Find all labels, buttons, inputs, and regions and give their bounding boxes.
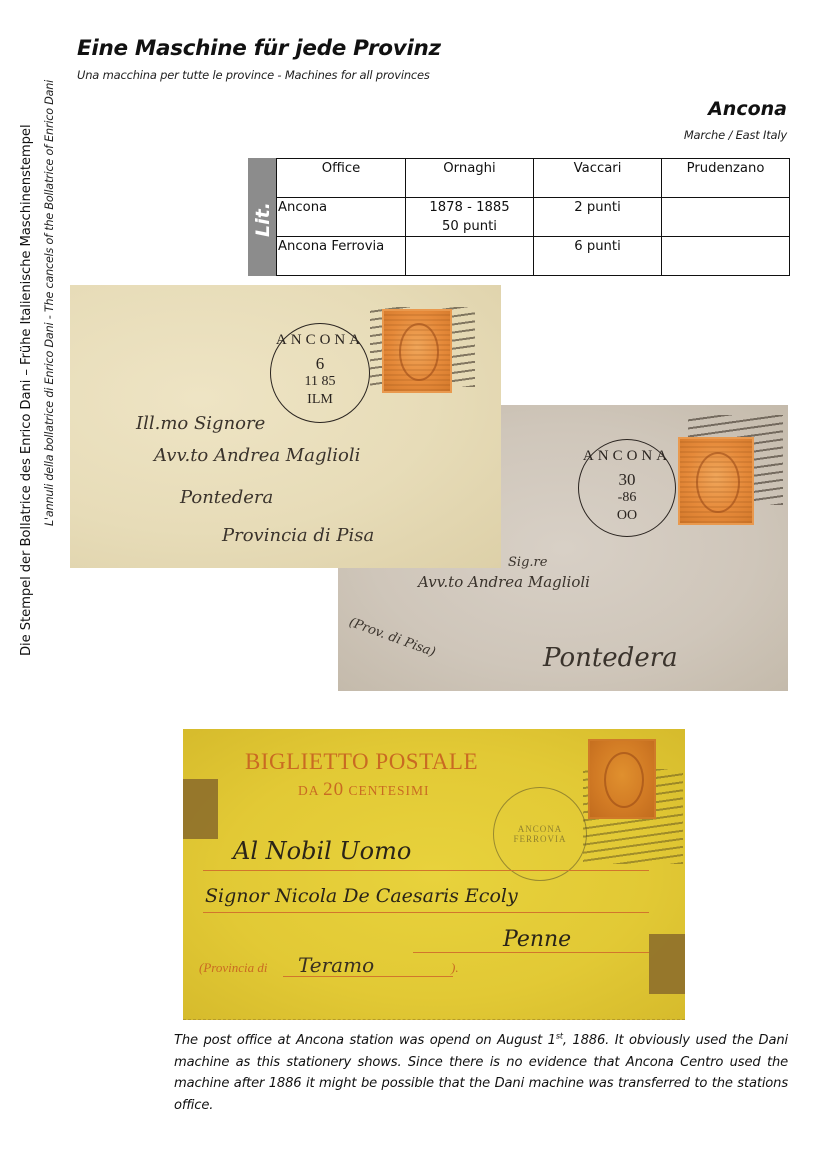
address-line: Teramo [298,953,374,977]
office-cell: Ancona [277,198,406,237]
column-header-ornaghi: Ornaghi [406,159,534,198]
postmark: ANCONA FERROVIA [493,787,587,881]
table-row: Ancona Ferrovia 6 punti [277,237,790,276]
ornaghi-cell [406,237,534,276]
address-line: Avv.to Andrea Maglioli [154,445,360,466]
address-line: Pontedera [180,487,273,508]
prudenzano-cell [662,237,790,276]
ornaghi-period: 1878 - 1885 [406,198,533,217]
address-line: Sig.re [508,555,547,570]
side-title-block: Die Stempel der Bollatrice des Enrico Da… [0,0,70,660]
printed-subtitle: DA 20 CENTESIMI [298,779,430,801]
address-line: Provincia di Pisa [222,525,374,546]
side-title-german: Die Stempel der Bollatrice des Enrico Da… [19,124,34,656]
address-line: Al Nobil Uomo [233,837,411,865]
flap-tab [183,779,218,839]
ornaghi-points: 50 punti [406,217,533,236]
currency-label: Lit. [252,202,274,237]
vaccari-cell: 6 punti [534,237,662,276]
prudenzano-cell [662,198,790,237]
stamp-icon [588,739,656,819]
column-header-vaccari: Vaccari [534,159,662,198]
vaccari-cell: 2 punti [534,198,662,237]
address-line: (Prov. di Pisa) [347,615,438,660]
region-area: Marche / East Italy [684,128,787,142]
region-name: Ancona [708,98,787,120]
printed-title: BIGLIETTO POSTALE [245,749,478,775]
side-title-italian-english: L'annuli della bollatrice di Enrico Dani… [43,80,56,526]
postmark: ANCONA 6 11 85 ILM [270,323,370,423]
page-title: Eine Maschine für jede Provinz [77,36,441,61]
rates-table: Office Ornaghi Vaccari Prudenzano Ancona… [276,158,790,276]
address-line: Penne [503,927,571,952]
cover-image-1: ANCONA 6 11 85 ILM Ill.mo Signore Avv.to… [70,285,501,568]
office-cell: Ancona Ferrovia [277,237,406,276]
page-subtitle: Una macchina per tutte le province - Mac… [77,68,430,82]
address-rule [203,912,649,913]
address-rule [203,870,649,871]
address-line: Ill.mo Signore [136,413,265,434]
address-rule [413,952,649,953]
address-line: Pontedera [543,643,678,673]
address-line: Avv.to Andrea Maglioli [418,573,590,591]
table-row: Ancona 1878 - 1885 50 punti 2 punti [277,198,790,237]
caption-text: The post office at Ancona station was op… [174,1030,788,1116]
postmark: ANCONA 30 -86 OO [578,439,676,537]
column-header-prudenzano: Prudenzano [662,159,790,198]
printed-province-close: ). [451,960,459,976]
ornaghi-cell: 1878 - 1885 50 punti [406,198,534,237]
flap-tab [649,934,685,994]
stamp-icon [382,309,452,393]
cover-image-3: BIGLIETTO POSTALE DA 20 CENTESIMI ANCONA… [183,729,685,1020]
stamp-icon [678,437,754,525]
address-line: Signor Nicola De Caesaris Ecoly [205,885,518,907]
column-header-office: Office [277,159,406,198]
printed-province-label: (Provincia di [199,960,267,976]
table-header-row: Office Ornaghi Vaccari Prudenzano [277,159,790,198]
